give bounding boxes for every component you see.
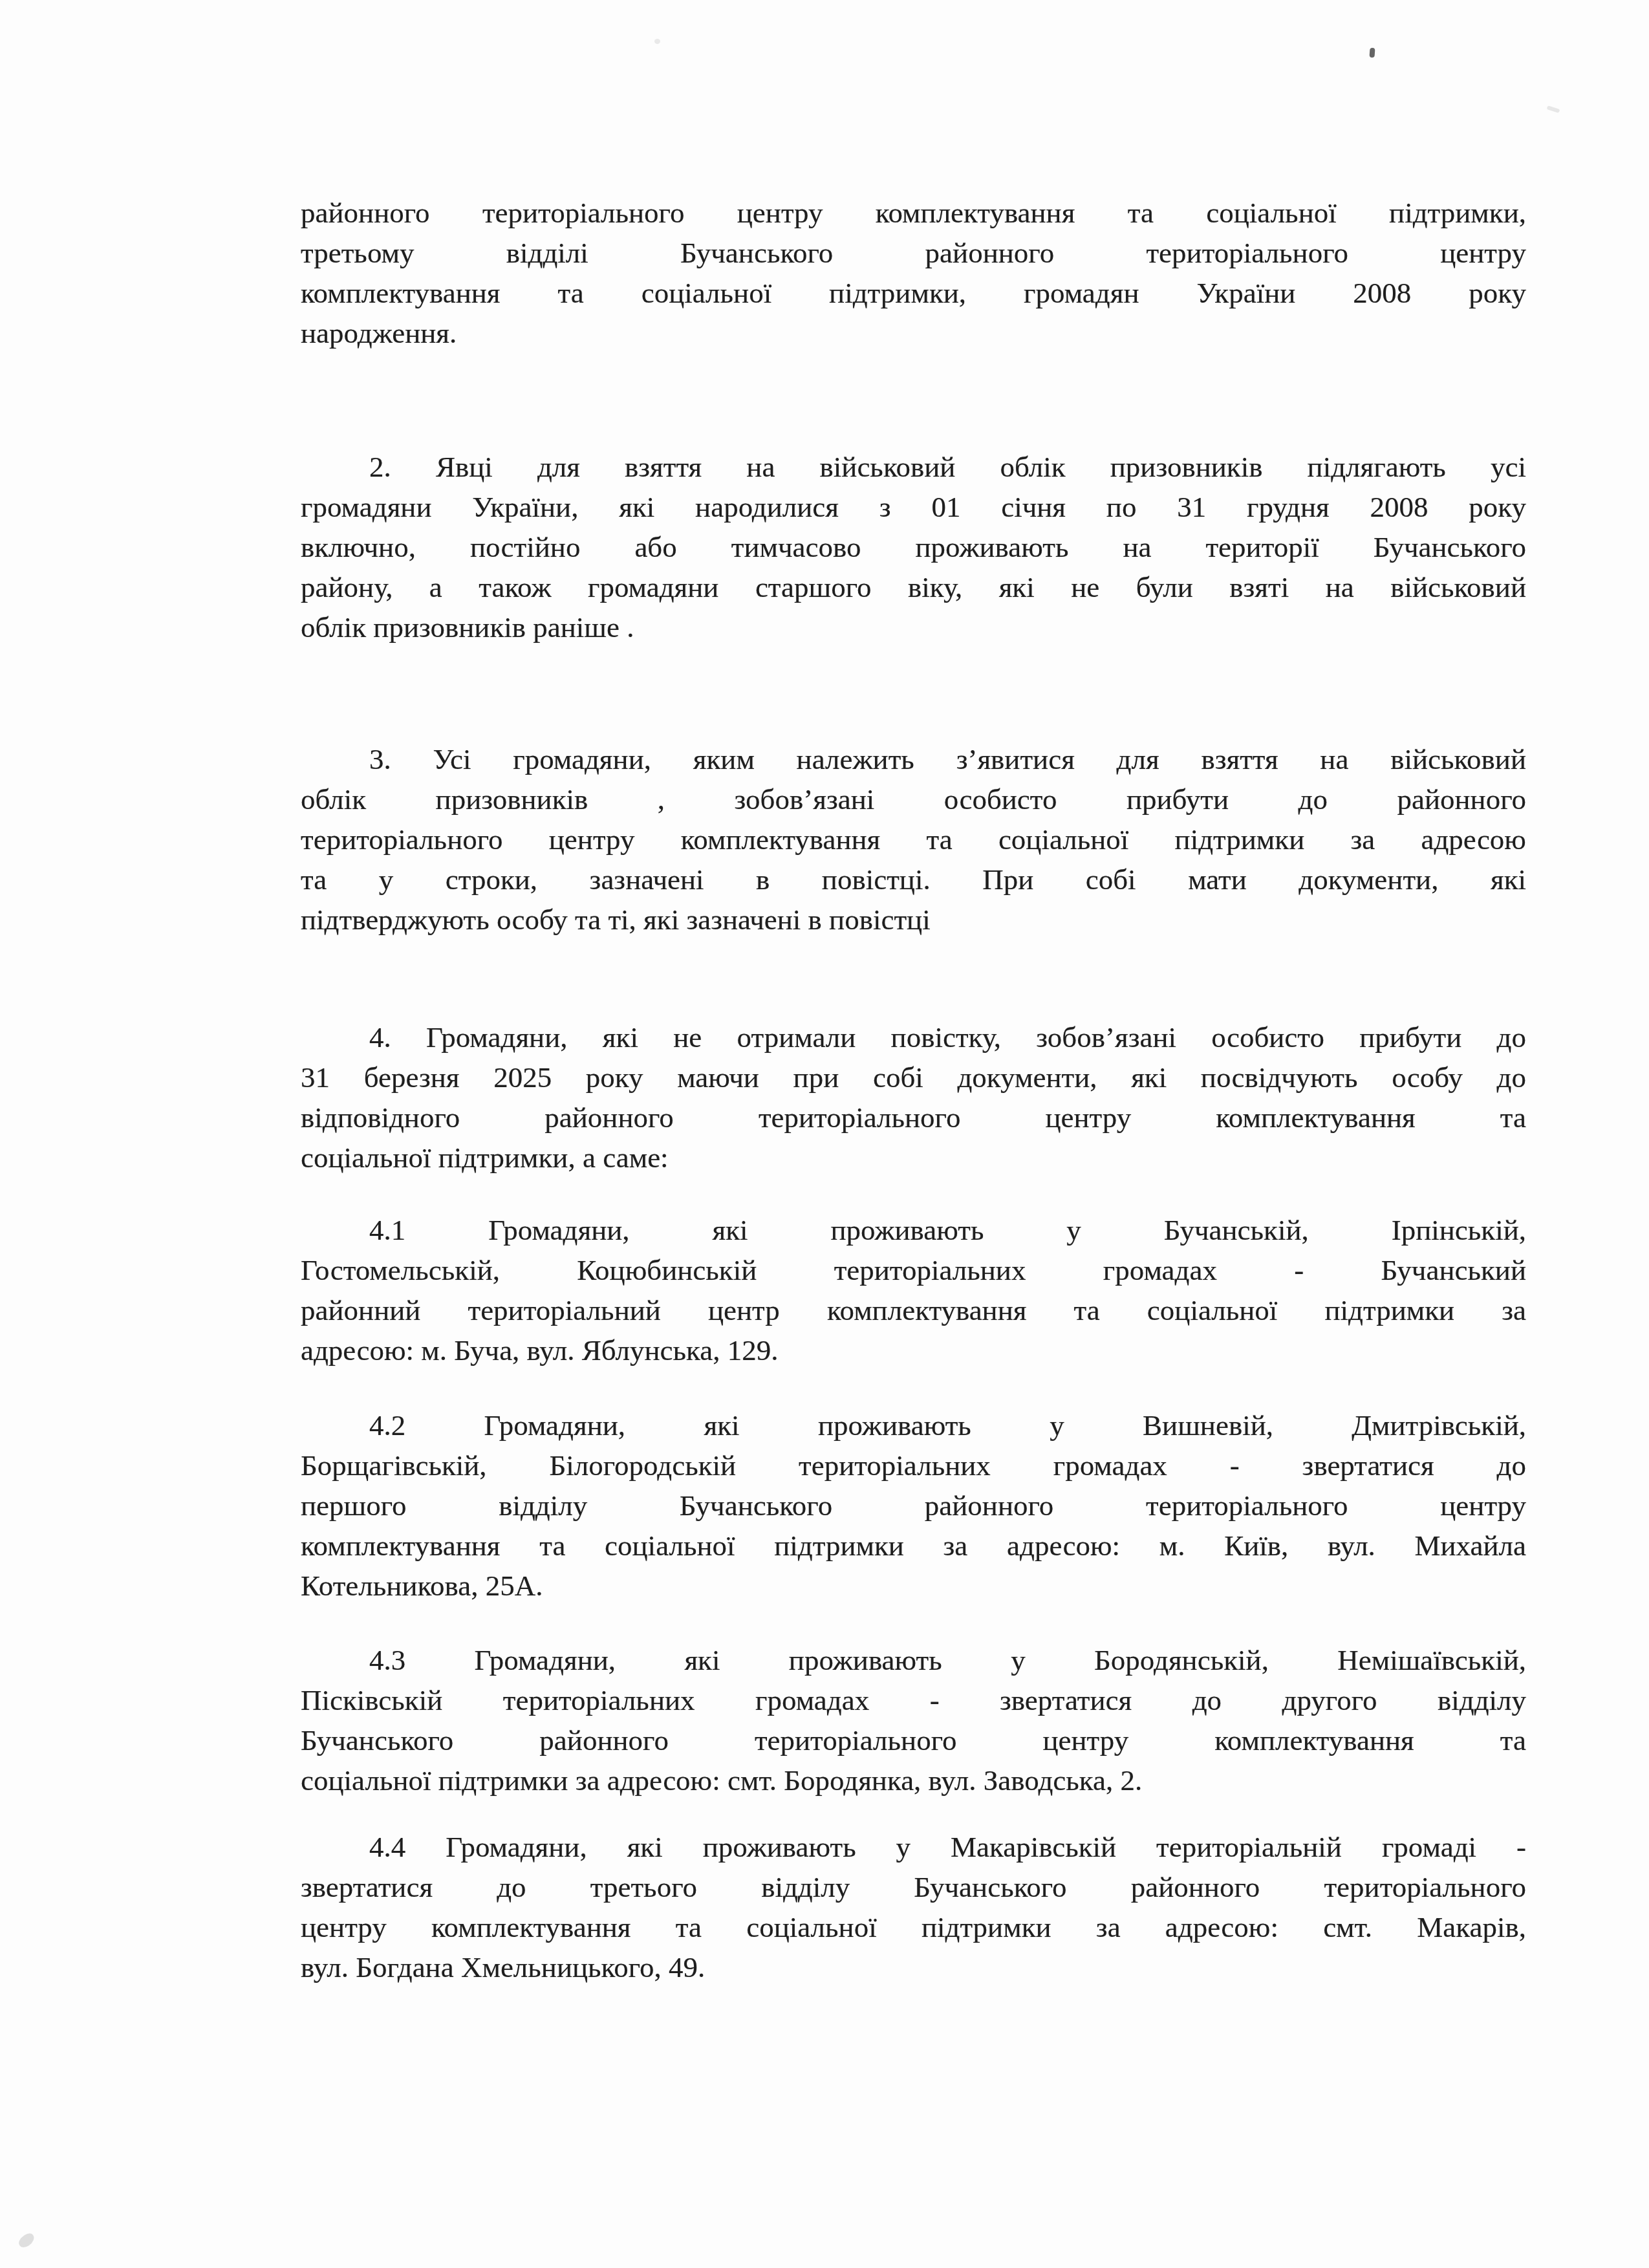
text-line: та у строки, зазначені в повістці. При с…	[301, 859, 1526, 900]
text-line: підтверджують особу та ті, які зазначені…	[301, 900, 1526, 940]
text-line: районного територіального центру комплек…	[301, 193, 1526, 233]
text-line: комплектування та соціальної підтримки з…	[301, 1526, 1526, 1566]
text-line: першого відділу Бучанського районного те…	[301, 1485, 1526, 1526]
text-line: Борщагівській, Білогородській територіал…	[301, 1445, 1526, 1485]
paragraph-4-4: 4.4 Громадяни, які проживають у Макарівс…	[301, 1827, 1526, 1987]
paragraph-4-3: 4.3 Громадяни, які проживають у Бородянс…	[301, 1640, 1526, 1800]
text-line: 2. Явці для взяття на військовий облік п…	[301, 447, 1526, 487]
text-line: вул. Богдана Хмельницького, 49.	[301, 1947, 1526, 1987]
text-line: 3. Усі громадяни, яким належить з’явитис…	[301, 739, 1526, 779]
text-line: 31 березня 2025 року маючи при собі доку…	[301, 1057, 1526, 1097]
scan-dash-top-right-icon	[1547, 105, 1560, 113]
text-line: соціальної підтримки, а саме:	[301, 1138, 1526, 1178]
text-line: 4. Громадяни, які не отримали повістку, …	[301, 1017, 1526, 1057]
text-line: району, а також громадяни старшого віку,…	[301, 567, 1526, 607]
text-line: 4.3 Громадяни, які проживають у Бородянс…	[301, 1640, 1526, 1680]
document-page: районного територіального центру комплек…	[0, 0, 1649, 2268]
scan-smudge-bottom-left-icon	[16, 2231, 36, 2250]
document-body: районного територіального центру комплек…	[301, 193, 1526, 1987]
text-line: звертатися до третього відділу Бучансько…	[301, 1867, 1526, 1907]
paragraph-3: 3. Усі громадяни, яким належить з’явитис…	[301, 739, 1526, 940]
text-line: Пісківській територіальних громадах - зв…	[301, 1680, 1526, 1720]
text-line: комплектування та соціальної підтримки, …	[301, 273, 1526, 313]
text-line: районний територіальний центр комплектув…	[301, 1290, 1526, 1330]
text-line: Гостомельській, Коцюбинській територіаль…	[301, 1250, 1526, 1290]
text-line: третьому відділі Бучанського районного т…	[301, 233, 1526, 273]
text-line: народження.	[301, 313, 1526, 353]
text-line: соціальної підтримки за адресою: смт. Бо…	[301, 1760, 1526, 1800]
text-line: 4.1 Громадяни, які проживають у Бучанськ…	[301, 1210, 1526, 1250]
text-line: 4.2 Громадяни, які проживають у Вишневій…	[301, 1405, 1526, 1445]
paragraph-4-2: 4.2 Громадяни, які проживають у Вишневій…	[301, 1405, 1526, 1606]
text-line: відповідного районного територіального ц…	[301, 1097, 1526, 1138]
text-line: облік призовників , зобов’язані особисто…	[301, 779, 1526, 819]
paragraph-4-1: 4.1 Громадяни, які проживають у Бучанськ…	[301, 1210, 1526, 1370]
text-line: адресою: м. Буча, вул. Яблунська, 129.	[301, 1330, 1526, 1370]
scan-tick-top-right-icon	[1369, 48, 1375, 58]
text-line: Бучанського районного територіального це…	[301, 1720, 1526, 1760]
text-line: громадяни України, які народилися з 01 с…	[301, 487, 1526, 527]
text-line: Котельникова, 25А.	[301, 1566, 1526, 1606]
scan-speck-top-center-icon	[654, 39, 660, 44]
text-line: територіального центру комплектування та…	[301, 819, 1526, 859]
text-line: 4.4 Громадяни, які проживають у Макарівс…	[301, 1827, 1526, 1867]
paragraph-4: 4. Громадяни, які не отримали повістку, …	[301, 1017, 1526, 1178]
paragraph-2: 2. Явці для взяття на військовий облік п…	[301, 447, 1526, 647]
text-line: включно, постійно або тимчасово проживаю…	[301, 527, 1526, 567]
text-line: облік призовників раніше .	[301, 607, 1526, 647]
text-line: центру комплектування та соціальної підт…	[301, 1907, 1526, 1947]
paragraph-continuation: районного територіального центру комплек…	[301, 193, 1526, 353]
